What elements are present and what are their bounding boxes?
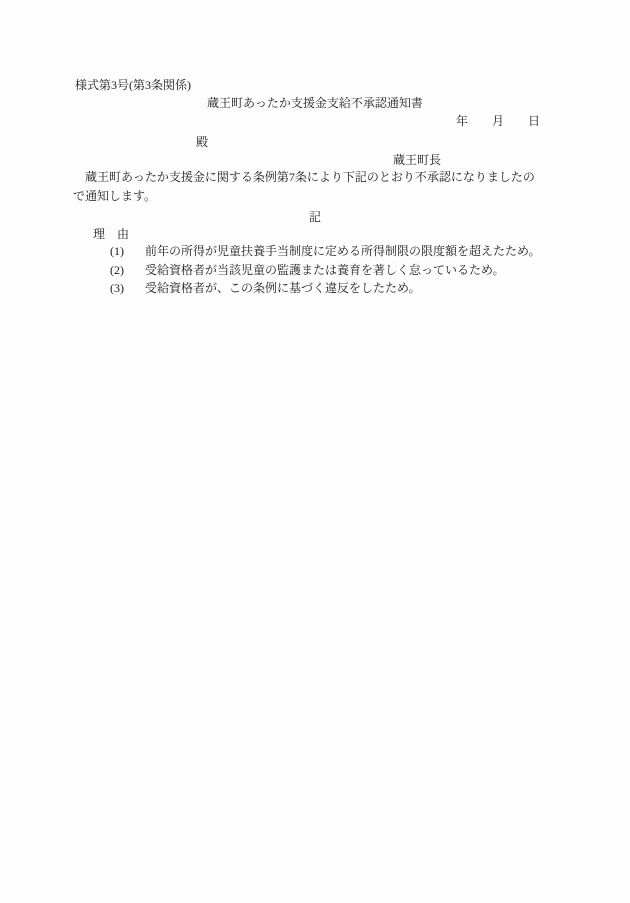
reason-item: (2) 受給資格者が当該児童の監護または養育を著しく怠っているため。 <box>110 261 545 280</box>
date-line: 年 月 日 <box>456 112 540 130</box>
reason-item-number: (1) <box>110 242 145 261</box>
reason-list: (1) 前年の所得が児童扶養手当制度に定める所得制限の限度額を超えたため。 (2… <box>110 242 545 298</box>
form-number: 様式第3号(第3条関係) <box>75 76 191 94</box>
recipient-honorific: 殿 <box>196 133 208 151</box>
reason-item-text: 前年の所得が児童扶養手当制度に定める所得制限の限度額を超えたため。 <box>145 242 545 261</box>
reason-item-text: 受給資格者が当該児童の監護または養育を著しく怠っているため。 <box>145 261 545 280</box>
reason-item: (3) 受給資格者が、この条例に基づく違反をしたため。 <box>110 279 545 298</box>
reason-heading: 理 由 <box>93 225 129 243</box>
reason-item-number: (3) <box>110 279 145 298</box>
record-marker: 記 <box>0 208 630 226</box>
document-title: 蔵王町あったか支援金支給不承認通知書 <box>0 94 630 112</box>
reason-item-number: (2) <box>110 261 145 280</box>
reason-item: (1) 前年の所得が児童扶養手当制度に定める所得制限の限度額を超えたため。 <box>110 242 545 261</box>
sender-title: 蔵王町長 <box>393 151 441 169</box>
notice-body-paragraph: 蔵王町あったか支援金に関する条例第7条により下記のとおり不承認になりましたので通… <box>73 168 543 205</box>
reason-item-text: 受給資格者が、この条例に基づく違反をしたため。 <box>145 279 545 298</box>
document-page: 様式第3号(第3条関係) 蔵王町あったか支援金支給不承認通知書 年 月 日 殿 … <box>0 0 630 903</box>
